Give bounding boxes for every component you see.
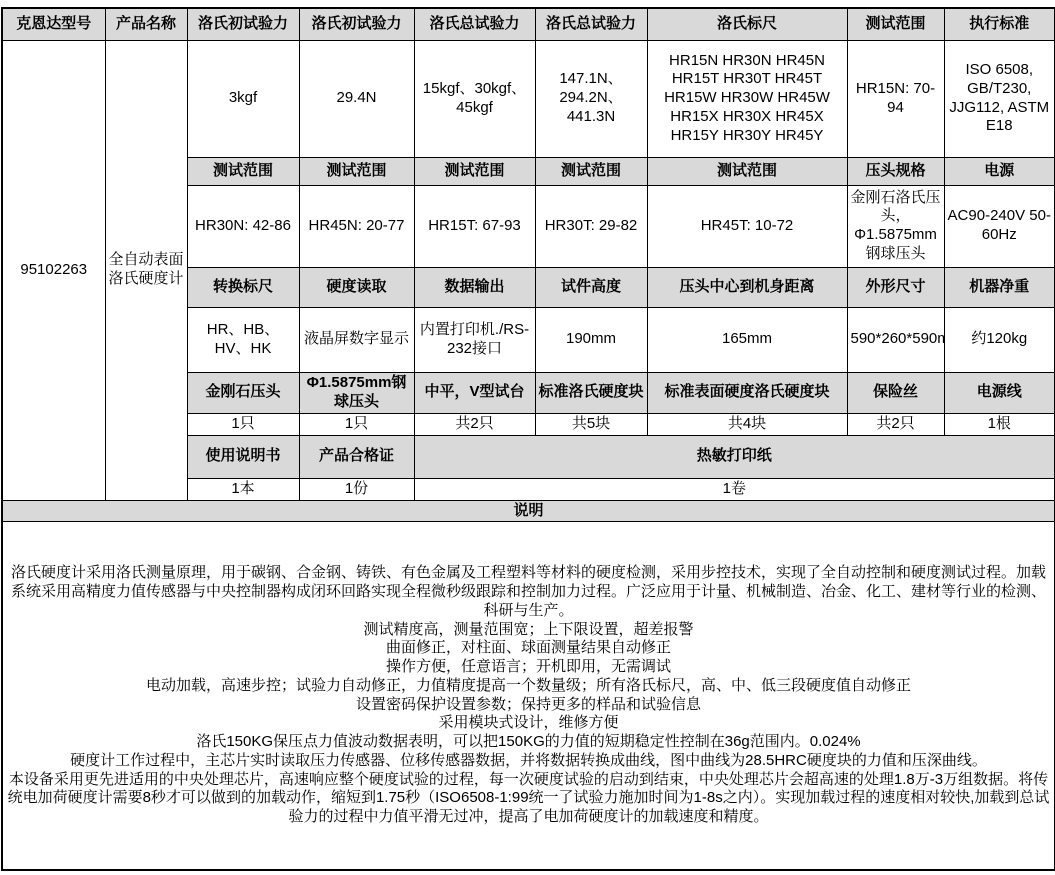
test-tables-qty-cell: 共2只 [414, 413, 535, 435]
header-rockwell-scales: 洛氏标尺 [647, 8, 847, 40]
rockwell-scales-cell: HR15N HR30N HR45N HR15T HR30T HR45T HR15… [647, 40, 847, 157]
power-cell: AC90-240V 50-60Hz [944, 185, 1055, 267]
subheader-test-range-2: 测试范围 [299, 157, 414, 185]
indenter-to-body-cell: 165mm [647, 307, 847, 372]
range-hr45t-cell: HR45T: 10-72 [647, 185, 847, 267]
header-standards: 执行标准 [944, 8, 1055, 40]
subheader-power: 电源 [944, 157, 1055, 185]
subheader-net-weight: 机器净重 [944, 267, 1055, 307]
subheader-dimensions: 外形尺寸 [847, 267, 944, 307]
notes-body: 洛氏硬度计采用洛氏测量原理，用于碳钢、合金钢、铸铁、有色金属及工程塑料等材料的硬… [2, 522, 1055, 870]
range-hr15t-cell: HR15T: 67-93 [414, 185, 535, 267]
main-header-row: 克恩达型号 产品名称 洛氏初试验力 洛氏初试验力 洛氏总试验力 洛氏总试验力 洛… [2, 8, 1055, 40]
model-number-cell: 95102263 [2, 40, 105, 500]
subheader-specimen-height: 试件高度 [535, 267, 647, 307]
scale-line: HR15T HR30T HR45T [651, 70, 844, 89]
notes-line: 洛氏150KG保压点力值波动数据表明，可以把150KG的力值的短期稳定性控制在3… [6, 733, 1051, 752]
notes-line: 设置密码保护设置参数；保持更多的样品和试验信息 [6, 696, 1051, 715]
subheader-test-range-5: 测试范围 [647, 157, 847, 185]
subheader-surface-blocks: 标准表面硬度洛氏硬度块 [647, 372, 847, 413]
header-total-force-n: 洛氏总试验力 [535, 8, 647, 40]
net-weight-cell: 约120kg [944, 307, 1055, 372]
header-total-force-kgf: 洛氏总试验力 [414, 8, 535, 40]
notes-line: 采用模块式设计，维修方便 [6, 714, 1051, 733]
subheader-data-output: 数据输出 [414, 267, 535, 307]
range-hr30n-cell: HR30N: 42-86 [187, 185, 299, 267]
initial-force-kgf-cell: 3kgf [187, 40, 299, 157]
surface-blocks-qty-cell: 共4块 [647, 413, 847, 435]
scale-line: HR15N HR30N HR45N [651, 52, 844, 71]
range-hr45n-cell: HR45N: 20-77 [299, 185, 414, 267]
notes-line: 曲面修正，对柱面、球面测量结果自动修正 [6, 639, 1051, 658]
notes-line: 洛氏硬度计采用洛氏测量原理，用于碳钢、合金钢、铸铁、有色金属及工程塑料等材料的硬… [6, 564, 1051, 620]
power-cord-qty-cell: 1根 [944, 413, 1055, 435]
subheader-conversion-scales: 转换标尺 [187, 267, 299, 307]
subheader-thermal-paper: 热敏打印纸 [414, 435, 1055, 478]
header-product-name: 产品名称 [105, 8, 187, 40]
notes-line: 硬度计工作过程中，主芯片实时读取压力传感器、位移传感器数据，并将数据转换成曲线，… [6, 752, 1051, 771]
notes-line: 电动加载，高速步控；试验力自动修正，力值精度提高一个数量级；所有洛氏标尺，高、中… [6, 677, 1051, 696]
subheader-hardness-reading: 硬度读取 [299, 267, 414, 307]
subheader-manual: 使用说明书 [187, 435, 299, 478]
subheader-fuse: 保险丝 [847, 372, 944, 413]
dimensions-cell: 590*260*590mm [847, 307, 944, 372]
scale-line: HR15X HR30X HR45X [651, 108, 844, 127]
subheader-test-range-1: 测试范围 [187, 157, 299, 185]
notes-line: 测试精度高，测量范围宽；上下限设置，超差报警 [6, 621, 1051, 640]
subheader-indenter-spec: 压头规格 [847, 157, 944, 185]
fuse-qty-cell: 共2只 [847, 413, 944, 435]
hardness-reading-cell: 液晶屏数字显示 [299, 307, 414, 372]
header-initial-force-n: 洛氏初试验力 [299, 8, 414, 40]
data-row-forces: 95102263 全自动表面洛氏硬度计 3kgf 29.4N 15kgf、30k… [2, 40, 1055, 157]
initial-force-n-cell: 29.4N [299, 40, 414, 157]
header-test-range: 测试范围 [847, 8, 944, 40]
notes-title-row: 说明 [2, 500, 1055, 522]
range-hr30t-cell: HR30T: 29-82 [535, 185, 647, 267]
certificate-qty-cell: 1份 [299, 478, 414, 500]
standard-blocks-qty-cell: 共5块 [535, 413, 647, 435]
notes-line: 操作方便，任意语言；开机即用，无需调试 [6, 658, 1051, 677]
subheader-certificate: 产品合格证 [299, 435, 414, 478]
subheader-power-cord: 电源线 [944, 372, 1055, 413]
scale-line: HR15W HR30W HR45W [651, 89, 844, 108]
data-output-cell: 内置打印机./RS-232接口 [414, 307, 535, 372]
subheader-test-range-3: 测试范围 [414, 157, 535, 185]
scale-line: HR15Y HR30Y HR45Y [651, 127, 844, 146]
specimen-height-cell: 190mm [535, 307, 647, 372]
subheader-test-range-4: 测试范围 [535, 157, 647, 185]
notes-line: 本设备采用更先进适用的中央处理芯片，高速响应整个硬度试验的过程，每一次硬度试验的… [6, 771, 1051, 827]
ball-indenter-qty-cell: 1只 [299, 413, 414, 435]
total-force-kgf-cell: 15kgf、30kgf、45kgf [414, 40, 535, 157]
test-range-hr15n-cell: HR15N: 70-94 [847, 40, 944, 157]
subheader-ball-indenter: Φ1.5875mm钢球压头 [299, 372, 414, 413]
total-force-n-cell: 147.1N、294.2N、441.3N [535, 40, 647, 157]
thermal-paper-qty-cell: 1卷 [414, 478, 1055, 500]
notes-title: 说明 [2, 500, 1055, 522]
manual-qty-cell: 1本 [187, 478, 299, 500]
standards-cell: ISO 6508, GB/T230, JJG112, ASTM E18 [944, 40, 1055, 157]
product-name-cell: 全自动表面洛氏硬度计 [105, 40, 187, 500]
subheader-diamond-indenter: 金刚石压头 [187, 372, 299, 413]
product-spec-table: 克恩达型号 产品名称 洛氏初试验力 洛氏初试验力 洛氏总试验力 洛氏总试验力 洛… [1, 7, 1055, 871]
subheader-standard-blocks: 标准洛氏硬度块 [535, 372, 647, 413]
subheader-indenter-to-body: 压头中心到机身距离 [647, 267, 847, 307]
subheader-test-tables: 中平，V型试台 [414, 372, 535, 413]
header-initial-force-kgf: 洛氏初试验力 [187, 8, 299, 40]
diamond-indenter-qty-cell: 1只 [187, 413, 299, 435]
header-model-number: 克恩达型号 [2, 8, 105, 40]
conversion-scales-cell: HR、HB、HV、HK [187, 307, 299, 372]
notes-body-row: 洛氏硬度计采用洛氏测量原理，用于碳钢、合金钢、铸铁、有色金属及工程塑料等材料的硬… [2, 522, 1055, 870]
indenter-spec-cell: 金刚石洛氏压头，Φ1.5875mm钢球压头 [847, 185, 944, 267]
